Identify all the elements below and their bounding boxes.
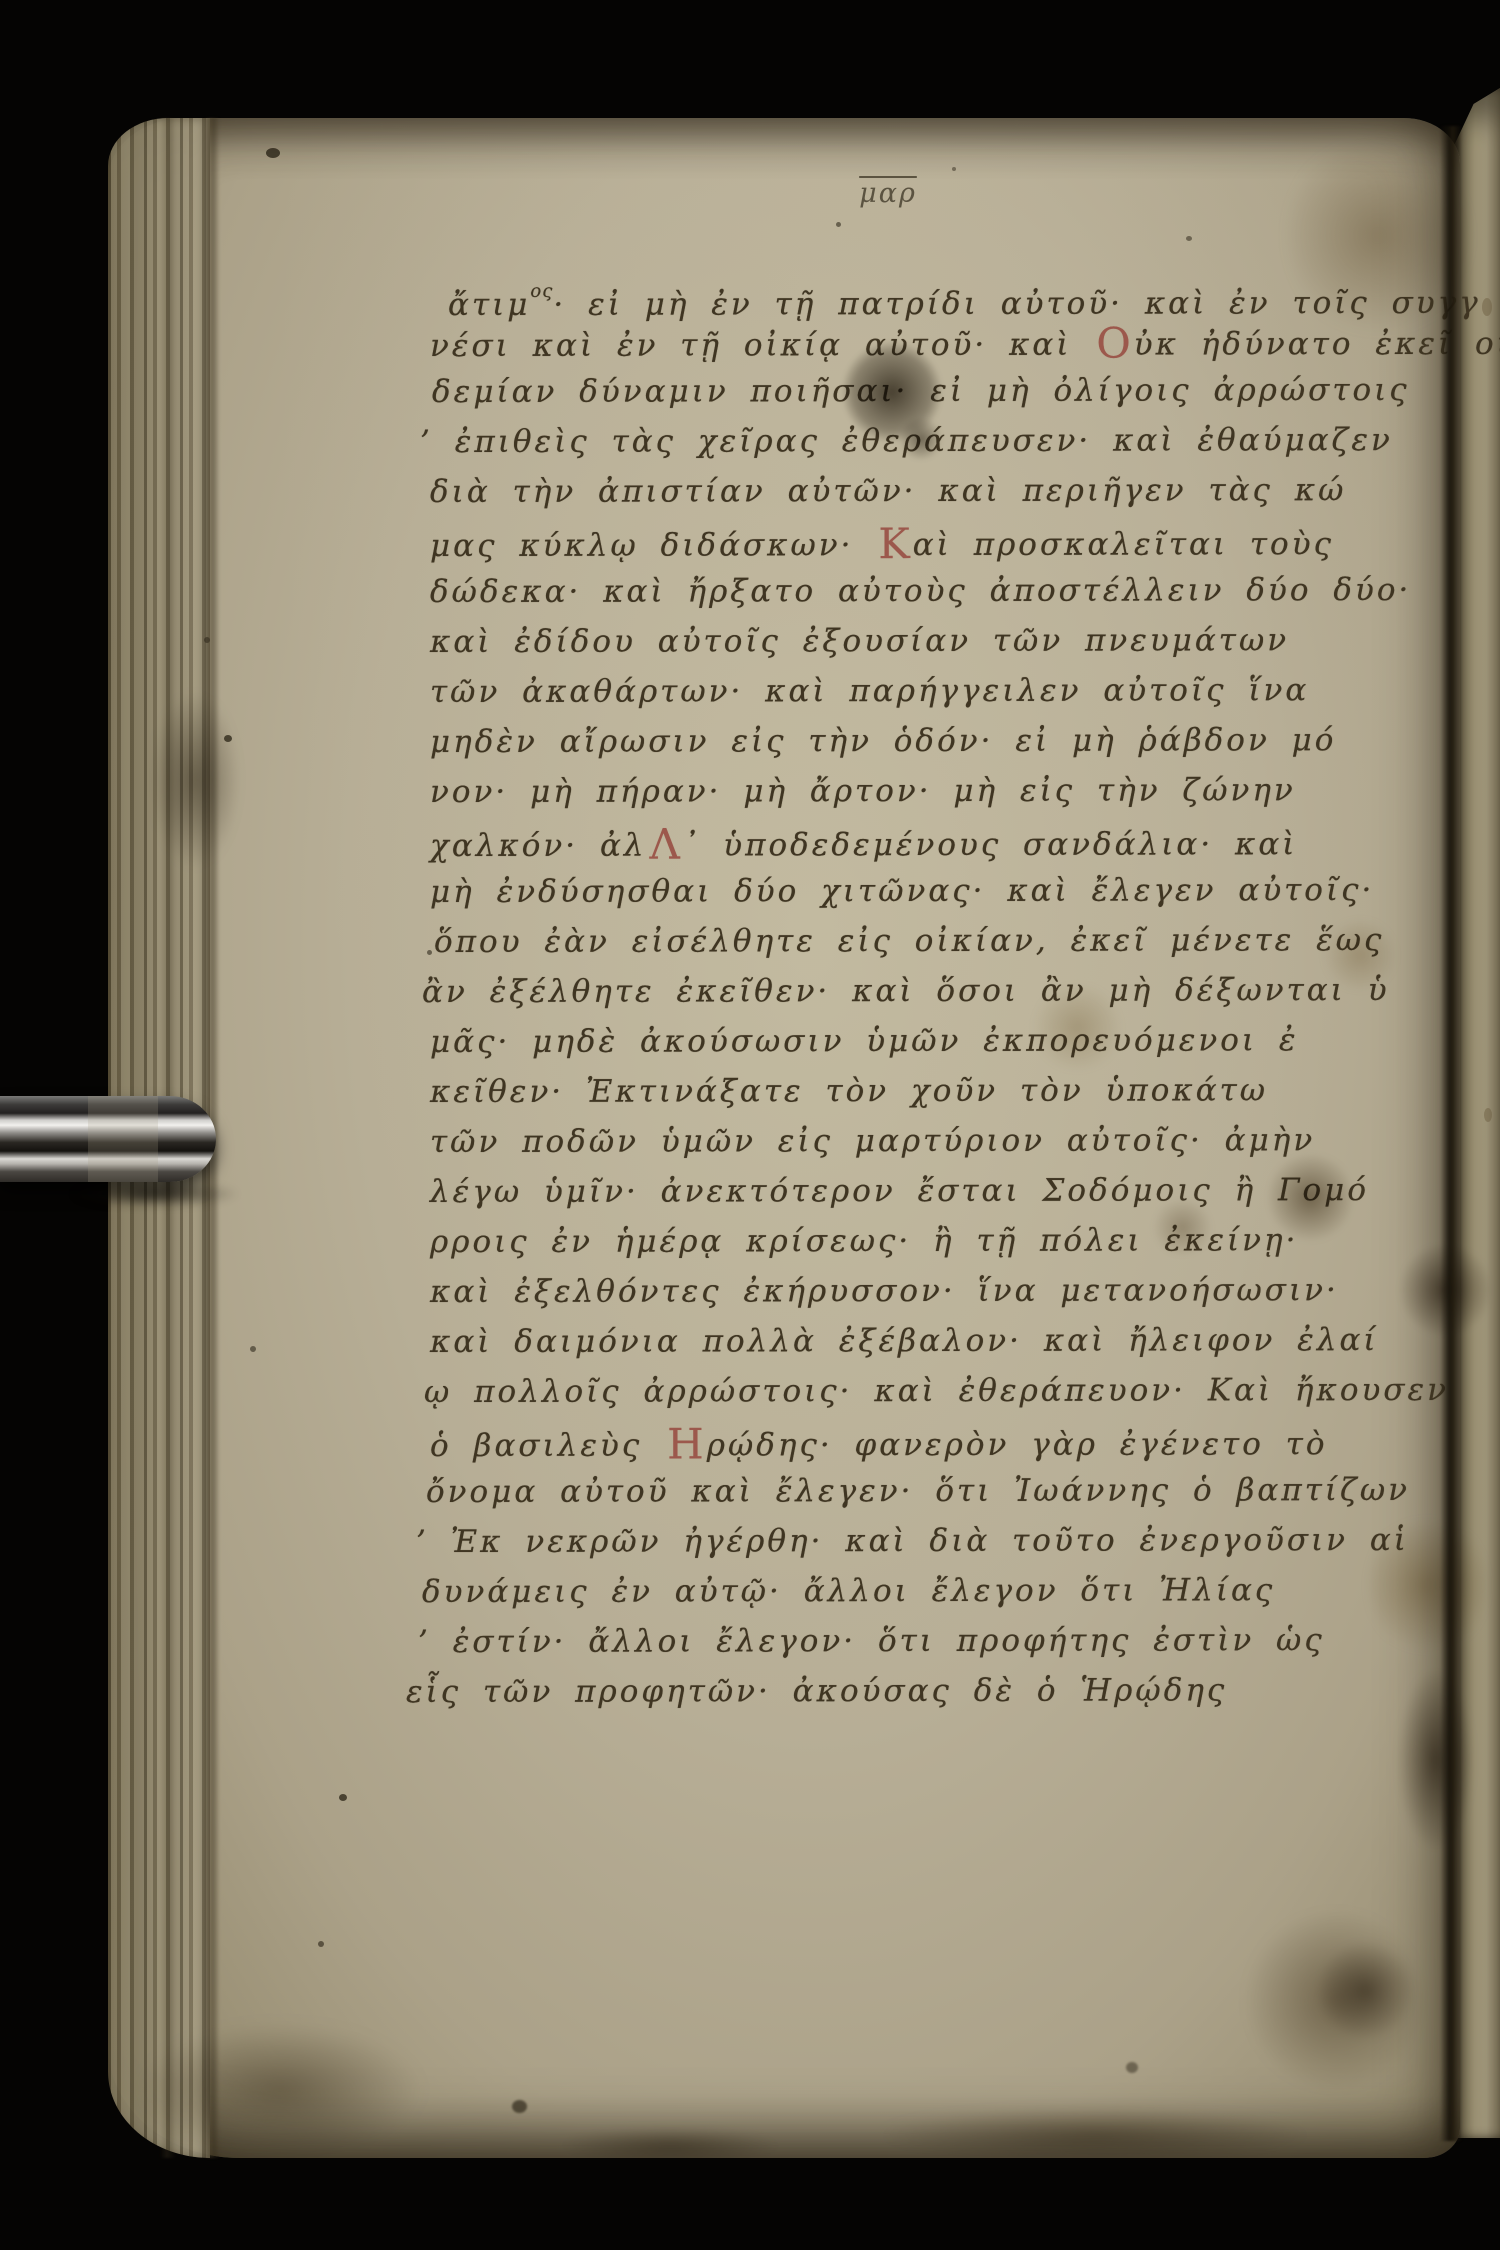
ink-speck: [512, 2100, 527, 2113]
manuscript-line: νέσι καὶ ἐν τῇ οἰκίᾳ αὐτοῦ· καὶ Οὐκ ἠδύν…: [430, 315, 1440, 367]
ink-speck: [1186, 236, 1192, 241]
manuscript-line: νον· μὴ πήραν· μὴ ἄρτον· μὴ εἰς τὴν ζώνη…: [430, 765, 1440, 817]
manuscript-line: μηδὲν αἴρωσιν εἰς τὴν ὁδόν· εἰ μὴ ῥάβδον…: [430, 715, 1440, 767]
ink-speck: [1126, 2062, 1138, 2073]
manuscript-line: ὁ βασιλεὺς Ηρῴδης· φανερὸν γὰρ ἐγένετο τ…: [430, 1415, 1440, 1467]
grime-stain: [1318, 1938, 1413, 2043]
ink-text: μᾶς· μηδὲ ἀκούσωσιν ὑμῶν ἐκπορευόμενοι ἐ: [430, 1022, 1299, 1060]
ink-text: ὁ βασιλεὺς: [430, 1428, 664, 1464]
ink-text: δυνάμεις ἐν αὐτῷ· ἄλλοι ἔλεγον ὅτι Ἠλίας: [422, 1572, 1275, 1610]
rubric-initial: Ο: [1096, 319, 1131, 368]
manuscript-line: ἂν ἐξέλθητε ἐκεῖθεν· καὶ ὅσοι ἂν μὴ δέξω…: [422, 965, 1440, 1017]
ink-text: ὅπου ἐὰν εἰσέλθητε εἰς οἰκίαν, ἐκεῖ μένε…: [434, 922, 1384, 960]
faint-stain: [1320, 920, 1400, 990]
gutter-crease: [1440, 126, 1462, 2141]
ink-text: καὶ ἐξελθόντες ἐκήρυσσον· ἵνα μετανοήσωσ…: [430, 1272, 1339, 1310]
manuscript-line: χαλκόν· ἀλΛ᾽ ὑποδεδεμένους σανδάλια· καὶ: [430, 815, 1440, 867]
ink-text: μας κύκλῳ διδάσκων·: [430, 527, 875, 564]
brown-stain: [1268, 1150, 1353, 1245]
ink-text: ’ ἐστίν· ἄλλοι ἔλεγον· ὅτι προφήτης ἐστὶ…: [418, 1622, 1325, 1660]
ink-text: αὶ προσκαλεῖται τοὺς: [913, 526, 1334, 563]
ink-speck: [339, 1794, 347, 1801]
ink-text: ῳ πολλοῖς ἀρρώστοις· καὶ ἐθεράπευον· Καὶ…: [424, 1372, 1449, 1410]
ink-showthrough-mark: [1482, 298, 1492, 316]
ink-speck: [250, 1346, 256, 1352]
ink-text: χαλκόν· ἀλ: [430, 828, 647, 864]
corner-grime: [140, 2025, 420, 2155]
ink-text: μὴ ἐνδύσησθαι δύο χιτῶνας· καὶ ἔλεγεν αὐ…: [430, 872, 1374, 910]
manuscript-line: μὴ ἐνδύσησθαι δύο χιτῶνας· καὶ ἔλεγεν αὐ…: [430, 865, 1440, 917]
manuscript-line: ὄνομα αὐτοῦ καὶ ἔλεγεν· ὅτι Ἰωάννης ὁ βα…: [426, 1465, 1440, 1517]
ink-text: ’ Ἐκ νεκρῶν ἠγέρθη· καὶ διὰ τοῦτο ἐνεργο…: [416, 1522, 1409, 1560]
ink-text: νον· μὴ πήραν· μὴ ἄρτον· μὴ εἰς τὴν ζώνη…: [430, 772, 1296, 810]
manuscript-line: ἄτιμος· εἰ μὴ ἐν τῇ πατρίδι αὐτοῦ· καὶ ἐ…: [448, 265, 1440, 317]
ink-speck: [266, 148, 280, 158]
ink-smudge: [898, 418, 944, 460]
ink-text: τῶν ἀκαθάρτων· καὶ παρήγγειλεν αὐτοῖς ἵν…: [430, 672, 1309, 710]
ink-text: δώδεκα· καὶ ἤρξατο αὐτοὺς ἀποστέλλειν δύ…: [430, 572, 1411, 610]
manuscript-line: ’ Ἐκ νεκρῶν ἠγέρθη· καὶ διὰ τοῦτο ἐνεργο…: [416, 1515, 1440, 1567]
bottom-edge-grime: [880, 2108, 1310, 2163]
manuscript-line: εἷς τῶν προφητῶν· ἀκούσας δὲ ὁ Ἡρῴδης: [406, 1665, 1440, 1717]
manuscript-line: κεῖθεν· Ἐκτινάξατε τὸν χοῦν τὸν ὑποκάτω: [430, 1065, 1440, 1117]
manuscript-line: δώδεκα· καὶ ἤρξατο αὐτοὺς ἀποστέλλειν δύ…: [430, 565, 1440, 617]
ink-showthrough-mark: [1484, 1108, 1492, 1122]
manuscript-line: καὶ ἐξελθόντες ἐκήρυσσον· ἵνα μετανοήσωσ…: [430, 1265, 1440, 1317]
ink-text: κεῖθεν· Ἐκτινάξατε τὸν χοῦν τὸν ὑποκάτω: [430, 1072, 1268, 1110]
brown-stain: [1150, 1200, 1215, 1255]
faint-stain: [1030, 985, 1125, 1070]
ink-text: τῶν ποδῶν ὑμῶν εἰς μαρτύριον αὐτοῖς· ἀμὴ…: [430, 1122, 1315, 1160]
glass-rod-shadow: [70, 1180, 240, 1208]
ink-text: εἷς τῶν προφητῶν· ἀκούσας δὲ ὁ Ἡρῴδης: [406, 1672, 1227, 1710]
ink-text: ἂν ἐξέλθητε ἐκεῖθεν· καὶ ὅσοι ἂν μὴ δέξω…: [422, 972, 1390, 1010]
yellow-stain: [1370, 1510, 1485, 1660]
ink-text: ρῴδης· φανερὸν γὰρ ἐγένετο τὸ: [707, 1426, 1328, 1463]
ink-text: λέγω ὑμῖν· ἀνεκτότερον ἔσται Σοδόμοις ἢ …: [430, 1172, 1369, 1210]
ink-text: μηδὲν αἴρωσιν εἰς τὴν ὁδόν· εἰ μὴ ῥάβδον…: [430, 722, 1337, 760]
manuscript-line: ῳ πολλοῖς ἀρρώστοις· καὶ ἐθεράπευον· Καὶ…: [424, 1365, 1440, 1417]
ink-text: διὰ τὴν ἀπιστίαν αὐτῶν· καὶ περιῆγεν τὰς…: [430, 472, 1346, 510]
manuscript-line: καὶ ἐδίδου αὐτοῖς ἐξουσίαν τῶν πνευμάτων: [430, 615, 1440, 667]
rubric-initial: Η: [667, 1419, 704, 1468]
edge-grime: [150, 690, 240, 870]
ink-speck: [836, 222, 841, 227]
manuscript-line: τῶν ἀκαθάρτων· καὶ παρήγγειλεν αὐτοῖς ἵν…: [430, 665, 1440, 717]
ink-speck: [204, 637, 210, 643]
rubric-initial: Κ: [878, 519, 909, 568]
manuscript-line: διὰ τὴν ἀπιστίαν αὐτῶν· καὶ περιῆγεν τὰς…: [430, 465, 1440, 517]
ink-speck: [318, 1941, 324, 1947]
running-header: μαρ: [823, 178, 953, 209]
rubric-initial: Λ: [649, 820, 679, 869]
ink-text: καὶ δαιμόνια πολλὰ ἐξέβαλον· καὶ ἤλειφον…: [430, 1322, 1379, 1360]
manuscript-line: καὶ δαιμόνια πολλὰ ἐξέβαλον· καὶ ἤλειφον…: [430, 1315, 1440, 1367]
ink-speck: [952, 167, 956, 171]
manuscript-page: μαρ ἄτιμος· εἰ μὴ ἐν τῇ πατρίδι αὐτοῦ· κ…: [108, 118, 1460, 2158]
glass-rod-page-weight: [0, 1096, 216, 1182]
manuscript-line: μας κύκλῳ διδάσκων· Καὶ προσκαλεῖται τοὺ…: [430, 515, 1440, 567]
manuscript-line: δυνάμεις ἐν αὐτῷ· ἄλλοι ἔλεγον ὅτι Ἠλίας: [422, 1565, 1440, 1617]
ink-text: καὶ ἐδίδου αὐτοῖς ἐξουσίαν τῶν πνευμάτων: [430, 622, 1289, 660]
manuscript-line: μᾶς· μηδὲ ἀκούσωσιν ὑμῶν ἐκπορευόμενοι ἐ: [430, 1015, 1440, 1067]
bottom-edge-grime: [560, 2128, 780, 2164]
text-block: ἄτιμος· εἰ μὴ ἐν τῇ πατρίδι αὐτοῦ· καὶ ἐ…: [430, 266, 1440, 1716]
ink-speck: [427, 950, 432, 955]
ink-text: ος: [530, 281, 553, 302]
manuscript-line: ’ ἐστίν· ἄλλοι ἔλεγον· ὅτι προφήτης ἐστὶ…: [418, 1615, 1440, 1667]
ink-speck: [224, 735, 232, 742]
ink-text: ᾽ ὑποδεδεμένους σανδάλια· καὶ: [683, 826, 1298, 863]
manuscript-line: ὅπου ἐὰν εἰσέλθητε εἰς οἰκίαν, ἐκεῖ μένε…: [434, 915, 1440, 967]
ink-text: νέσι καὶ ἐν τῇ οἰκίᾳ αὐτοῦ· καὶ: [430, 327, 1093, 364]
ink-text: ὄνομα αὐτοῦ καὶ ἔλεγεν· ὅτι Ἰωάννης ὁ βα…: [426, 1472, 1410, 1510]
